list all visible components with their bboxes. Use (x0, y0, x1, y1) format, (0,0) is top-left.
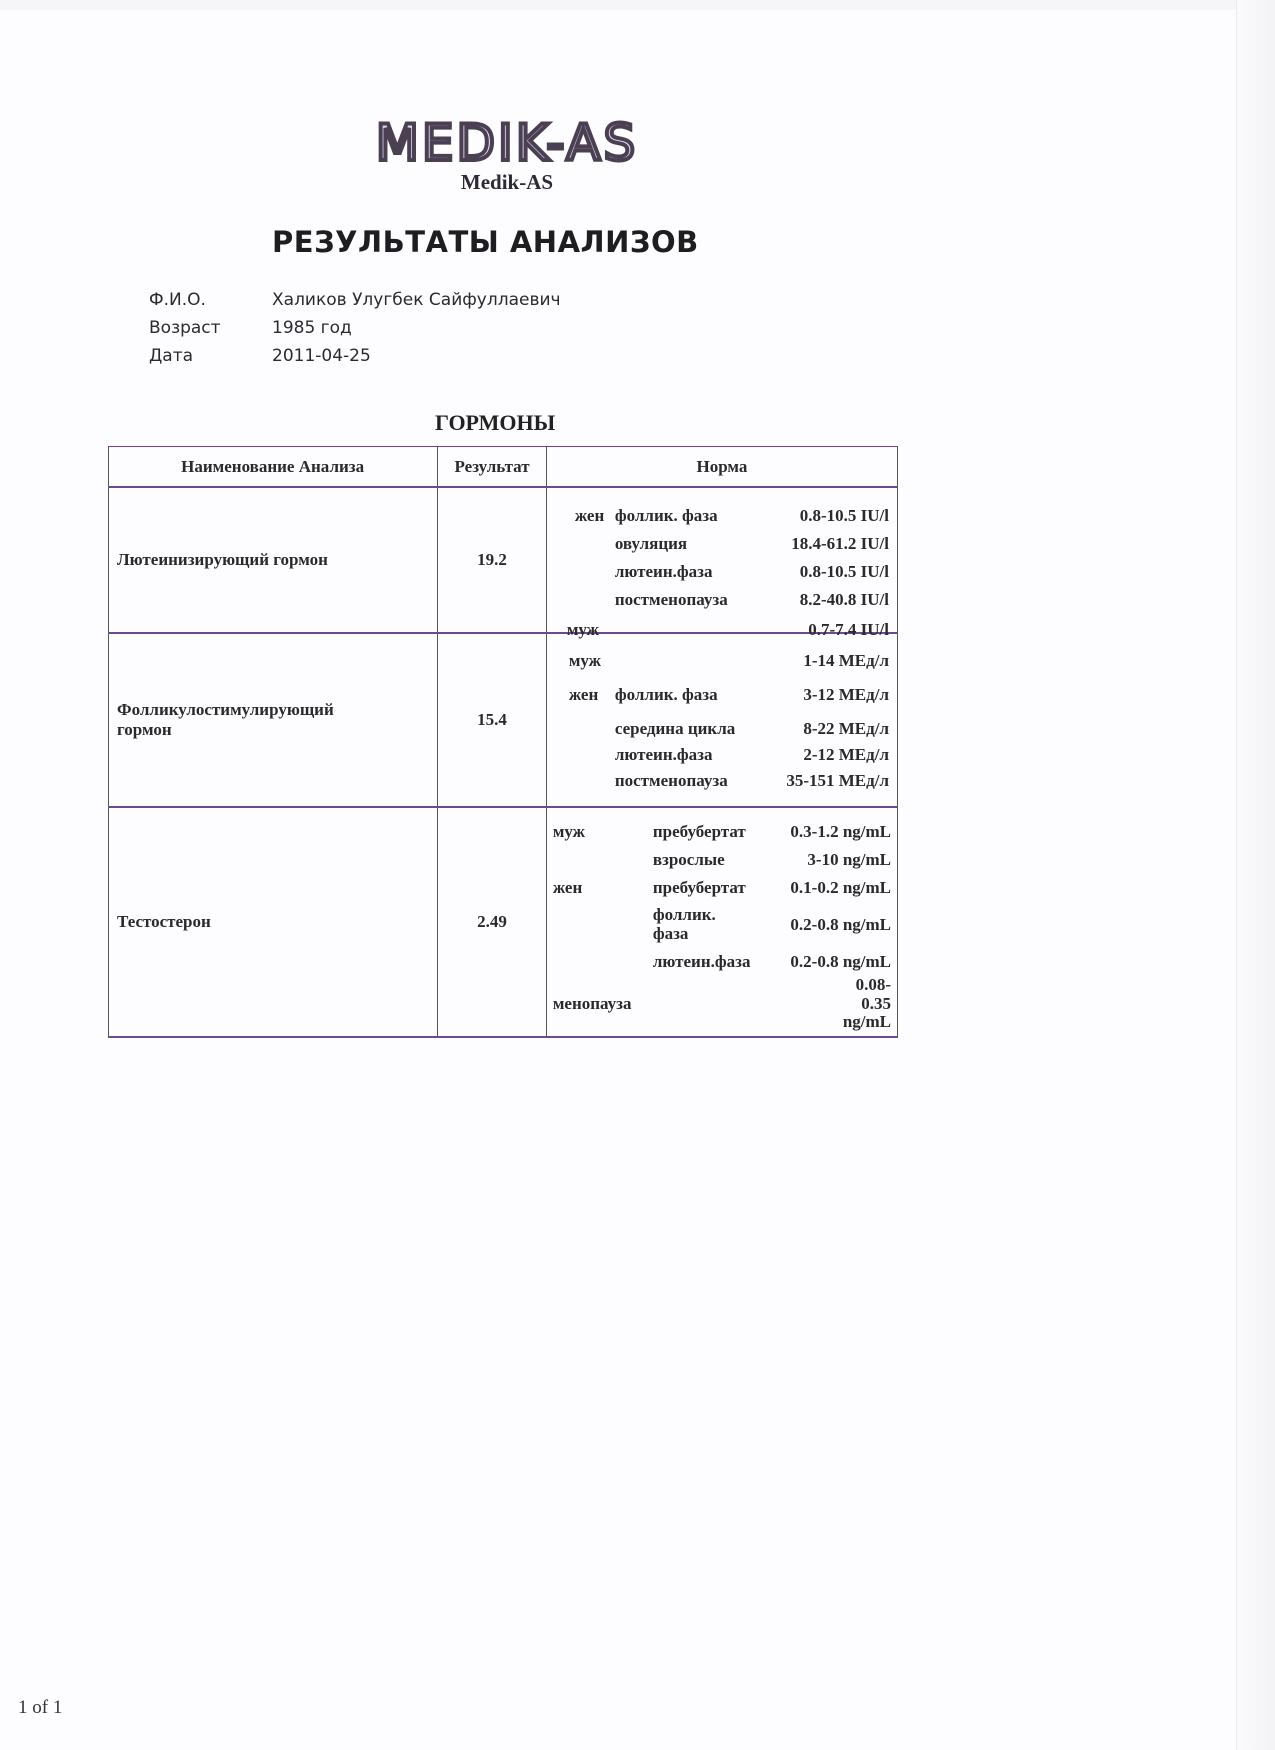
patient-name-label: Ф.И.О. (149, 290, 272, 318)
norm-phase: фоллик. фаза (615, 685, 804, 705)
analysis-result: 19.2 (438, 487, 547, 633)
norm-group: жен (575, 506, 615, 526)
norm-line: муж 1-14 МЕд/л (569, 648, 889, 674)
patient-name-value: Халиков Улугбек Сайфуллаевич (272, 290, 561, 318)
norm-phase: овуляция (615, 534, 757, 554)
norm-phase: пребубертат (653, 879, 773, 898)
patient-age-row: Возраст 1985 год (149, 318, 561, 346)
norm-group: муж (569, 651, 615, 671)
column-header-name: Наименование Анализа (109, 447, 438, 488)
norm-phase: середина цикла (615, 719, 804, 739)
norm-range: 2-12 МЕд/л (803, 745, 889, 765)
norm-range: 0.2-0.8 ng/mL (773, 916, 891, 935)
table-header-row: Наименование Анализа Результат Норма (109, 447, 898, 488)
norm-range: 3-12 МЕд/л (803, 685, 889, 705)
document-title: РЕЗУЛЬТАТЫ АНАЛИЗОВ (272, 225, 699, 259)
norm-line: взрослые 3-10 ng/mL (553, 846, 891, 874)
test-date-label: Дата (149, 346, 272, 374)
norm-line: лютеин.фаза 2-12 МЕд/л (569, 742, 889, 768)
norm-line: жен фоллик. фаза 0.8-10.5 IU/l (575, 502, 889, 530)
norm-list: муж 1-14 МЕд/л жен фоллик. фаза 3-12 МЕд… (547, 634, 897, 806)
patient-info: Ф.И.О. Халиков Улугбек Сайфуллаевич Возр… (149, 290, 561, 374)
norm-range: 3-10 ng/mL (773, 851, 891, 870)
patient-name-row: Ф.И.О. Халиков Улугбек Сайфуллаевич (149, 290, 561, 318)
norm-line: жен пребубертат 0.1-0.2 ng/mL (553, 874, 891, 902)
results-table: Наименование Анализа Результат Норма Лют… (108, 446, 898, 1038)
norm-range: 0.1-0.2 ng/mL (773, 879, 891, 898)
norm-line: постменопауза 8.2-40.8 IU/l (575, 586, 889, 614)
column-header-norm: Норма (546, 447, 897, 488)
analysis-name: Фолликулостимулирующий гормон (109, 633, 438, 807)
patient-age-value: 1985 год (272, 318, 352, 346)
norm-cell: муж пребубертат 0.3-1.2 ng/mL взрослые 3… (546, 807, 897, 1037)
norm-cell: жен фоллик. фаза 0.8-10.5 IU/l овуляция … (546, 487, 897, 633)
norm-range: 0.8-10.5 IU/l (757, 562, 889, 582)
clinic-logo-subtitle: Medik-AS (322, 170, 692, 195)
norm-line: постменопауза 35-151 МЕд/л (569, 768, 889, 794)
norm-phase: лютеин.фаза (615, 745, 804, 765)
clinic-logo: MEDIK-AS (322, 118, 692, 168)
norm-range: 8.2-40.8 IU/l (757, 590, 889, 610)
norm-line: муж пребубертат 0.3-1.2 ng/mL (553, 818, 891, 846)
table-row: Тестостерон 2.49 муж пребубертат 0.3-1.2… (109, 807, 898, 1037)
analysis-name: Лютеинизирующий гормон (109, 487, 438, 633)
norm-range: 1-14 МЕд/л (803, 651, 889, 671)
norm-phase: постменопауза (615, 771, 787, 791)
norm-phase: фоллик. фаза (653, 906, 773, 943)
analysis-name-text: Фолликулостимулирующий гормон (117, 700, 387, 740)
norm-phase: лютеин.фаза (653, 953, 773, 972)
norm-range: 0.8-10.5 IU/l (757, 506, 889, 526)
page-indicator: 1 of 1 (18, 1697, 62, 1719)
analysis-name: Тестостерон (109, 807, 438, 1037)
norm-line: середина цикла 8-22 МЕд/л (569, 716, 889, 742)
norm-group: жен (553, 878, 653, 898)
norm-cell: муж 1-14 МЕд/л жен фоллик. фаза 3-12 МЕд… (546, 633, 897, 807)
column-header-result: Результат (438, 447, 547, 488)
table-row: Фолликулостимулирующий гормон 15.4 муж 1… (109, 633, 898, 807)
norm-phase: лютеин.фаза (615, 562, 757, 582)
norm-list: муж пребубертат 0.3-1.2 ng/mL взрослые 3… (547, 808, 897, 1036)
norm-range: 18.4-61.2 IU/l (757, 534, 889, 554)
scan-edge-top (0, 0, 1275, 10)
table-row: Лютеинизирующий гормон 19.2 жен фоллик. … (109, 487, 898, 633)
scan-edge-right (1236, 0, 1275, 1750)
norm-line: лютеин.фаза 0.2-0.8 ng/mL (553, 948, 891, 976)
norm-phase: пребубертат (653, 823, 773, 842)
norm-line: фоллик. фаза 0.2-0.8 ng/mL (553, 902, 891, 948)
norm-range: 35-151 МЕд/л (786, 771, 889, 791)
section-title: ГОРМОНЫ (435, 410, 555, 436)
norm-phase: постменопауза (615, 590, 757, 610)
norm-range: 0.08-0.35 ng/mL (773, 976, 891, 1032)
patient-age-label: Возраст (149, 318, 272, 346)
norm-range: 0.3-1.2 ng/mL (773, 823, 891, 842)
norm-range: 8-22 МЕд/л (803, 719, 889, 739)
norm-line: жен фоллик. фаза 3-12 МЕд/л (569, 682, 889, 708)
norm-line: менопауза 0.08-0.35 ng/mL (553, 976, 891, 1032)
norm-list: жен фоллик. фаза 0.8-10.5 IU/l овуляция … (547, 488, 897, 632)
norm-group: муж (553, 822, 653, 842)
norm-line: овуляция 18.4-61.2 IU/l (575, 530, 889, 558)
analysis-result: 15.4 (438, 633, 547, 807)
norm-phase: взрослые (653, 851, 773, 870)
norm-range: 0.2-0.8 ng/mL (773, 953, 891, 972)
test-date-value: 2011-04-25 (272, 346, 371, 374)
norm-line: лютеин.фаза 0.8-10.5 IU/l (575, 558, 889, 586)
test-date-row: Дата 2011-04-25 (149, 346, 561, 374)
analysis-result: 2.49 (438, 807, 547, 1037)
norm-phase: фоллик. фаза (615, 506, 757, 526)
norm-group: жен (569, 685, 615, 705)
norm-group: менопауза (553, 994, 653, 1014)
